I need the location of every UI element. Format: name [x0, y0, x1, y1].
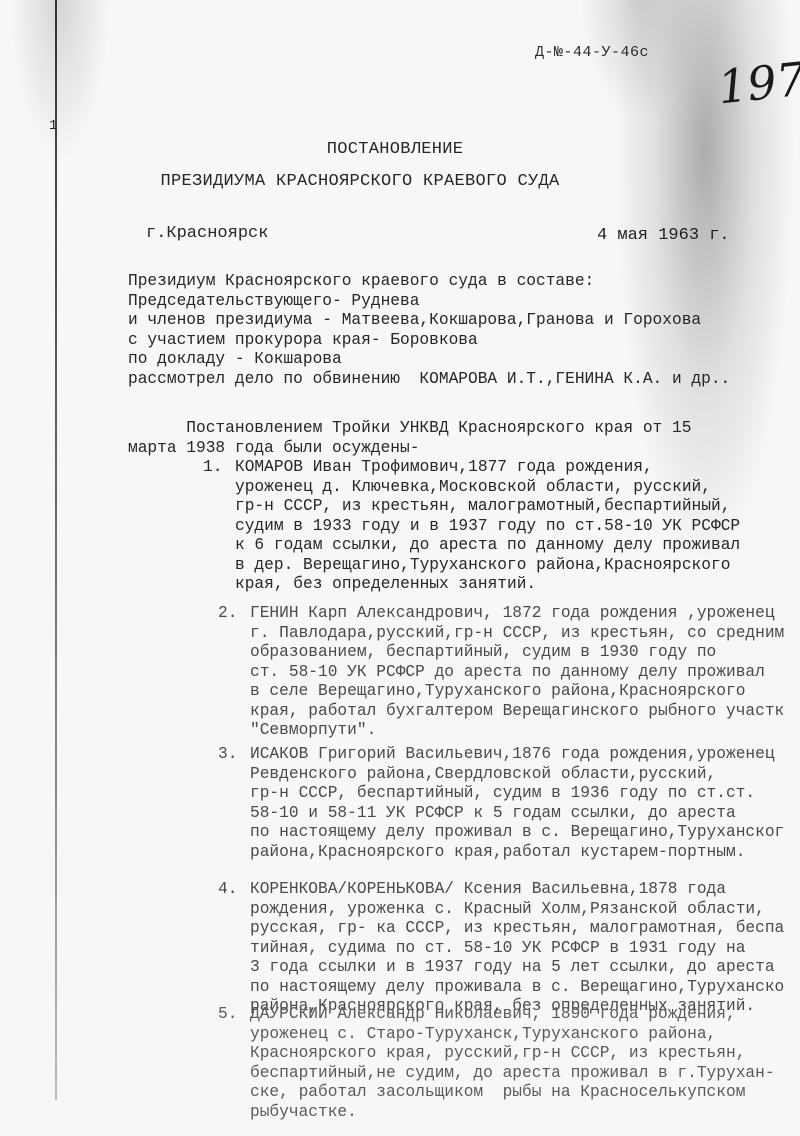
composition-line: с участием прокурора края- Боровкова: [128, 331, 730, 351]
defendant-text-line: тийная, судима по ст. 58-10 УК РСФСР в 1…: [250, 939, 784, 959]
document-subtitle: ПРЕЗИДИУМА КРАСНОЯРСКОГО КРАЕВОГО СУДА: [0, 172, 760, 191]
intro-line: Постановлением Тройки УНКВД Красноярског…: [128, 419, 691, 439]
intro-line: марта 1938 года были осуждены-: [128, 439, 691, 459]
defendant-text-line: края, без определенных занятий.: [235, 575, 740, 595]
defendant-text-line: в дер. Верещагино,Туруханского района,Кр…: [235, 556, 740, 576]
defendant-text-line: ИСАКОВ Григорий Васильевич,1876 года рож…: [250, 745, 784, 765]
defendant-text-line: по настоящему делу проживала в с. Вереща…: [250, 978, 784, 998]
defendant-number: 1.: [203, 458, 222, 478]
defendant-text-line: ДАУРСКИЙ Александр Николаевич, 1890 года…: [250, 1005, 775, 1025]
defendant-number: 4.: [218, 880, 237, 900]
document-title: ПОСТАНОВЛЕНИЕ: [0, 140, 795, 159]
defendant-text-line: беспартийный,не судим, до ареста прожива…: [250, 1064, 775, 1084]
defendant-text-line: г. Павлодара,русский,гр-н СССР, из крест…: [250, 624, 784, 644]
defendant-text-line: уроженец с. Старо-Туруханск,Туруханского…: [250, 1025, 775, 1045]
defendant-text-line: района,Красноярского края,работал кустар…: [250, 843, 784, 863]
binding-margin-line: [55, 0, 57, 1100]
handwritten-folio-number: 197: [715, 52, 800, 115]
defendant-text-line: ст. 58-10 УК РСФСР до ареста по данному …: [250, 663, 784, 683]
defendant-text: КОМАРОВ Иван Трофимович,1877 года рожден…: [235, 458, 740, 595]
defendant-text-line: гр-н СССР, из крестьян, малограмотный,бе…: [235, 497, 740, 517]
defendant-text-line: 3 года ссылки и в 1937 году на 5 лет ссы…: [250, 958, 784, 978]
defendant-text-line: рыбучастке.: [250, 1103, 775, 1123]
defendant-number: 5.: [218, 1005, 237, 1025]
sentence-intro: Постановлением Тройки УНКВД Красноярског…: [128, 419, 691, 458]
defendant-number: 3.: [218, 745, 237, 765]
defendant-text-line: "Севморпути".: [250, 721, 784, 741]
defendant-text: КОРЕНКОВА/КОРЕНЬКОВА/ Ксения Васильевна,…: [250, 880, 784, 1017]
document-reference: Д-№-44-У-46с: [535, 44, 649, 61]
composition-line: и членов президиума - Матвеева,Кокшарова…: [128, 311, 730, 331]
defendant-text-line: Ревденского района,Свердловской области,…: [250, 765, 784, 785]
composition-line: Президиум Красноярского краевого суда в …: [128, 272, 730, 292]
defendant-text-line: КОМАРОВ Иван Трофимович,1877 года рожден…: [235, 458, 740, 478]
court-composition: Президиум Красноярского краевого суда в …: [128, 272, 730, 389]
defendant-text-line: по настоящему делу проживал в с. Верещаг…: [250, 823, 784, 843]
defendant-text-line: края, работал бухгалтером Верещагинского…: [250, 702, 784, 722]
document-city: г.Красноярск: [146, 224, 268, 243]
defendant-text-line: уроженец д. Ключевка,Московской области,…: [235, 478, 740, 498]
composition-line: рассмотрел дело по обвинению КОМАРОВА И.…: [128, 370, 730, 390]
defendant-text: ДАУРСКИЙ Александр Николаевич, 1890 года…: [250, 1005, 775, 1122]
defendant-text-line: образованием, беспартийный, судим в 1930…: [250, 643, 784, 663]
document-date: 4 мая 1963 г.: [597, 226, 730, 245]
defendant-text-line: КОРЕНКОВА/КОРЕНЬКОВА/ Ксения Васильевна,…: [250, 880, 784, 900]
defendant-text-line: в селе Верещагино,Туруханского района,Кр…: [250, 682, 784, 702]
defendant-text: ГЕНИН Карп Александрович, 1872 года рожд…: [250, 604, 784, 741]
defendant-text-line: ске, работал засольщиком рыбы на Краснос…: [250, 1083, 775, 1103]
defendant-text-line: судим в 1933 году и в 1937 году по ст.58…: [235, 517, 740, 537]
margin-mark: 1: [49, 118, 57, 134]
composition-line: по докладу - Кокшарова: [128, 350, 730, 370]
defendant-text-line: ГЕНИН Карп Александрович, 1872 года рожд…: [250, 604, 784, 624]
defendant-text: ИСАКОВ Григорий Васильевич,1876 года рож…: [250, 745, 784, 862]
defendant-number: 2.: [218, 604, 237, 624]
defendant-text-line: гр-н СССР, беспартийный, судим в 1936 го…: [250, 784, 784, 804]
defendant-text-line: 58-10 и 58-11 УК РСФСР к 5 годам ссылки,…: [250, 804, 784, 824]
defendant-text-line: к 6 годам ссылки, до ареста по данному д…: [235, 536, 740, 556]
composition-line: Председательствующего- Руднева: [128, 292, 730, 312]
scanned-document-page: 1 Д-№-44-У-46с 197 ПОСТАНОВЛЕНИЕ ПРЕЗИДИ…: [0, 0, 800, 1136]
defendant-text-line: Красноярского края, русский,гр-н СССР, и…: [250, 1044, 775, 1064]
defendant-text-line: русская, гр- ка СССР, из крестьян, малог…: [250, 919, 784, 939]
defendant-text-line: рождения, уроженка с. Красный Холм,Рязан…: [250, 900, 784, 920]
